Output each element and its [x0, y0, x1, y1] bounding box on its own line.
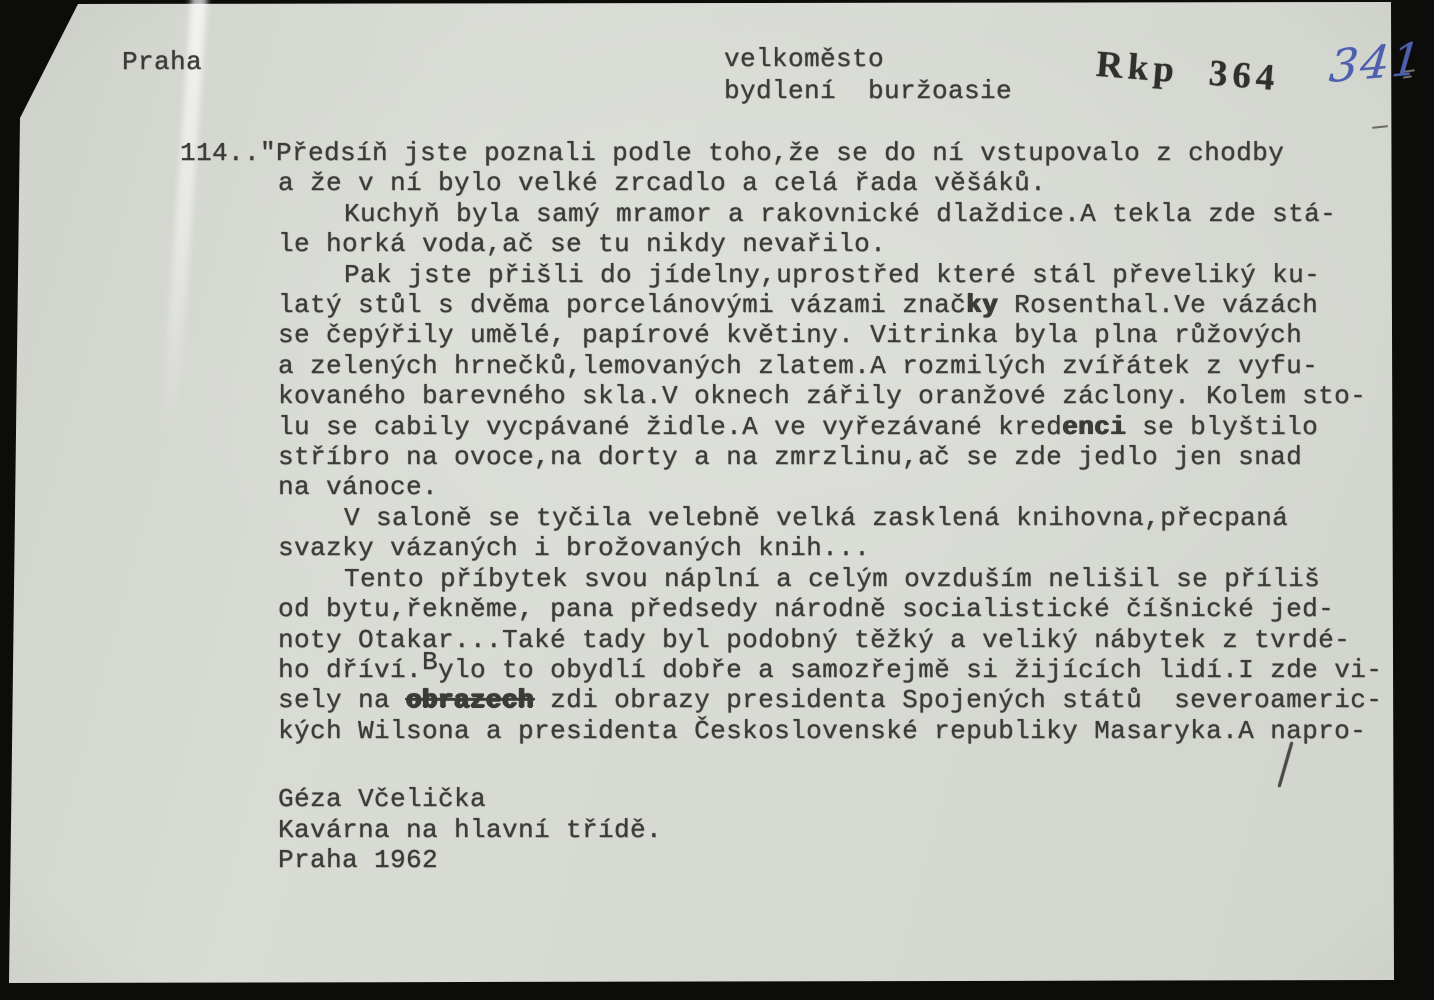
text-segment: stříbro na ovoce,na dorty a na zmrzlinu,…: [278, 442, 1302, 472]
text-line: le horká voda,ač se tu nikdy nevařilo.: [278, 229, 1382, 259]
header-subject: velkoměstobydlení buržoasie: [724, 43, 1012, 107]
signature-line: Kavárna na hlavní třídě.: [278, 815, 662, 846]
subject-line-1: velkoměsto: [724, 44, 884, 74]
text-line: 114.."Předsíň jste poznali podle toho,že…: [180, 138, 1382, 168]
text-line: Kuchyň byla samý mramor a rakovnické dla…: [344, 199, 1382, 229]
header-place: Praha: [122, 47, 202, 77]
subject-line-2: bydlení buržoasie: [724, 76, 1012, 106]
text-segment: zdi obrazy presidenta Spojených států se…: [534, 685, 1382, 715]
text-segment: ho dříví.: [278, 655, 422, 685]
text-segment: lu se cabily vycpávané židle.A ve vyřezá…: [278, 412, 1062, 442]
text-line: a zelených hrnečků,lemovaných zlatem.A r…: [278, 351, 1382, 381]
text-line: Tento příbytek svou náplní a celým ovzdu…: [344, 564, 1382, 594]
text-segment: kovaného barevného skla.V oknech zářily …: [278, 381, 1366, 411]
text-segment: Rosenthal.Ve vázách: [998, 290, 1318, 320]
text-line: kých Wilsona a presidenta Československé…: [278, 716, 1382, 746]
text-line: a že v ní bylo velké zrcadlo a celá řada…: [278, 168, 1382, 198]
text-segment: se čepýřily umělé, papírové květiny. Vit…: [278, 320, 1302, 350]
text-line: latý stůl s dvěma porcelánovými vázami z…: [278, 290, 1382, 320]
text-segment-ot: ky: [966, 290, 998, 320]
signature-line: Géza Včelička: [278, 784, 662, 815]
text-line: Pak jste přišli do jídelny,uprostřed kte…: [344, 260, 1382, 290]
signature-line: Praha 1962: [278, 845, 662, 876]
text-line: na vánoce.: [278, 472, 1382, 502]
text-line: stříbro na ovoce,na dorty a na zmrzlinu,…: [278, 442, 1382, 472]
text-line: se čepýřily umělé, papírové květiny. Vit…: [278, 320, 1382, 350]
text-line: lu se cabily vycpávané židle.A ve vyřezá…: [278, 412, 1382, 442]
text-line: V saloně se tyčila velebně velká zasklen…: [344, 503, 1382, 533]
text-line: svazky vázaných i brožovaných knih...: [278, 533, 1382, 563]
text-segment: Pak jste přišli do jídelny,uprostřed kte…: [344, 260, 1320, 290]
text-segment: a že v ní bylo velké zrcadlo a celá řada…: [278, 168, 1046, 198]
text-segment: na vánoce.: [278, 472, 438, 502]
text-segment: kých Wilsona a presidenta Československé…: [278, 716, 1366, 746]
scanned-document: { "colors": { "scanner_background": "#0c…: [0, 0, 1434, 1000]
source-citation-block: Géza VčeličkaKavárna na hlavní třídě.Pra…: [278, 784, 662, 876]
text-segment: Kuchyň byla samý mramor a rakovnické dla…: [344, 199, 1336, 229]
text-line: kovaného barevného skla.V oknech zářily …: [278, 381, 1382, 411]
text-segment: se blyštilo: [1126, 412, 1318, 442]
text-segment: V saloně se tyčila velebně velká zasklen…: [344, 503, 1288, 533]
text-segment: a zelených hrnečků,lemovaných zlatem.A r…: [278, 351, 1318, 381]
text-segment: svazky vázaných i brožovaných knih...: [278, 533, 870, 563]
text-segment-ot: enci: [1062, 412, 1126, 442]
text-segment-sup: B: [422, 647, 438, 677]
handwritten-page-number: 341: [1327, 32, 1425, 93]
text-segment: sely na: [278, 685, 406, 715]
text-segment: ylo to obydlí dobře a samozřejmě si žijí…: [438, 655, 1382, 685]
text-line: noty Otakar...Také tady byl podobný těžk…: [278, 625, 1382, 655]
text-segment: le horká voda,ač se tu nikdy nevařilo.: [278, 229, 886, 259]
text-segment: noty Otakar...Také tady byl podobný těžk…: [278, 625, 1350, 655]
typewritten-text-block: 114.."Předsíň jste poznali podle toho,že…: [278, 138, 1382, 746]
text-segment: latý stůl s dvěma porcelánovými vázami z…: [278, 290, 966, 320]
text-line: sely na obrazech zdi obrazy presidenta S…: [278, 685, 1382, 715]
text-segment: 114.."Předsíň jste poznali podle toho,že…: [180, 138, 1284, 168]
text-line: od bytu,řekněme, pana předsedy národně s…: [278, 594, 1382, 624]
text-line: ho dříví.Bylo to obydlí dobře a samozřej…: [278, 655, 1382, 685]
text-segment: Tento příbytek svou náplní a celým ovzdu…: [344, 564, 1320, 594]
text-segment-xout: obrazech: [406, 685, 534, 715]
text-segment: od bytu,řekněme, pana předsedy národně s…: [278, 594, 1334, 624]
